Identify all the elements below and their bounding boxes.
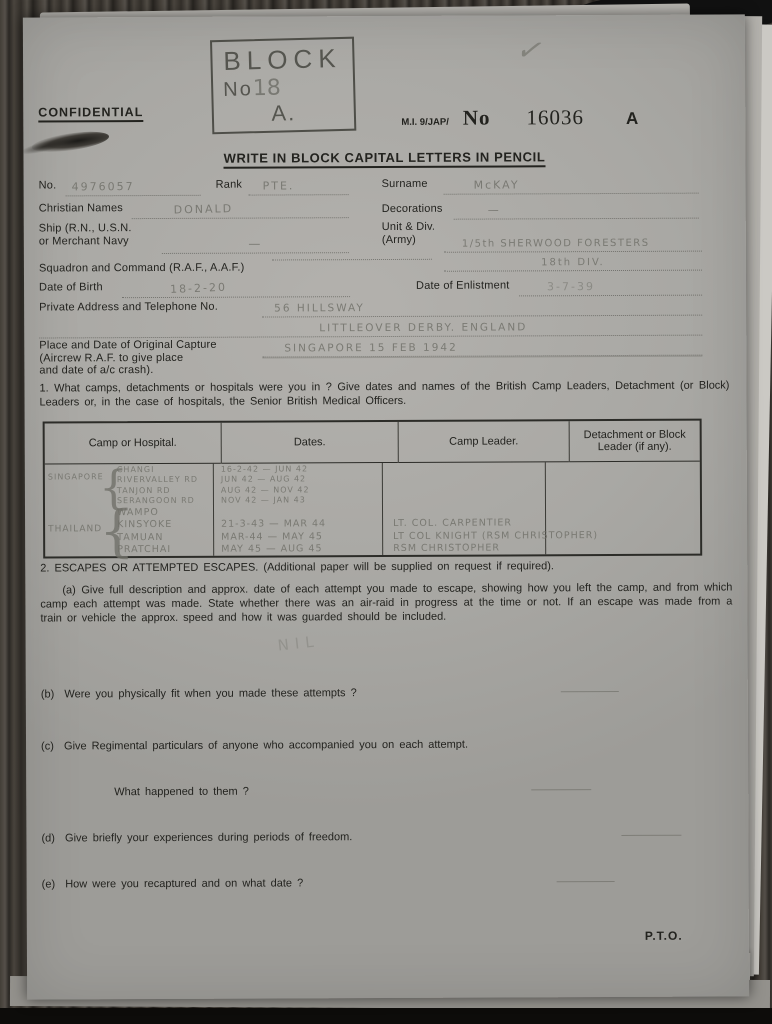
camp-table-body[interactable]: SINGAPORE{CHANGI16-2-42 — JUN 42RIVERVAL…: [45, 462, 700, 557]
camps-table: Camp or Hospital. Dates. Camp Leader. De…: [43, 419, 703, 559]
camp-leader-cell: LT COL KNIGHT (RSM CHRISTOPHER): [389, 529, 700, 541]
ship-field[interactable]: —: [162, 234, 349, 254]
block-number-stamp: BLOCK No18 A.: [210, 37, 356, 135]
dob-field[interactable]: 18-2-20: [122, 278, 350, 298]
camp-leader-cell: [389, 510, 700, 511]
camp-row: PRATCHAIMAY 45 — AUG 45RSM CHRISTOPHER: [45, 541, 700, 556]
surname-value: McKAY: [474, 178, 520, 191]
service-number-field[interactable]: 4976057: [66, 177, 201, 197]
christian-names-field[interactable]: DONALD: [132, 199, 349, 219]
christian-names-value: DONALD: [174, 202, 234, 216]
address-field-line2[interactable]: LITTLEOVER DERBY. ENGLAND: [39, 317, 702, 339]
pencil-check-mark: ✓: [512, 32, 549, 69]
camp-dates-cell: AUG 42 — NOV 42: [217, 485, 389, 495]
enlistment-field[interactable]: 3-7-39: [519, 277, 702, 297]
form-title: WRITE IN BLOCK CAPITAL LETTERS IN PENCIL: [23, 148, 745, 166]
camp-leader-cell: [389, 467, 700, 468]
address-value-line2: LITTLEOVER DERBY. ENGLAND: [319, 321, 527, 334]
rank-label: Rank: [216, 179, 243, 191]
question-2-heading: 2. ESCAPES OR ATTEMPTED ESCAPES. (Additi…: [40, 558, 730, 575]
region-label: SINGAPORE: [48, 472, 104, 481]
stamp-block-label: BLOCK: [222, 43, 343, 77]
question-2b: (b) Were you physically fit when you mad…: [41, 685, 661, 702]
camp-dates-cell: JUN 42 — AUG 42: [217, 474, 389, 484]
service-number-value: 4976057: [72, 180, 135, 193]
question-2a-text: (a) Give full description and approx. da…: [40, 580, 732, 625]
camp-name-cell: WAMPO: [45, 506, 217, 518]
address-label: Private Address and Telephone No.: [39, 301, 218, 314]
photo-bottom-band: [0, 1008, 772, 1024]
address-field[interactable]: 56 HILLSWAY: [262, 297, 702, 318]
decorations-label: Decorations: [382, 203, 443, 215]
col-header-camp: Camp or Hospital.: [45, 423, 222, 464]
question-1-text: 1. What camps, detachments or hospitals …: [39, 379, 729, 410]
camp-leader-cell: [389, 488, 700, 489]
question-2c: (c) Give Regimental particulars of anyon…: [41, 737, 681, 754]
camp-dates-cell: 21-3-43 — MAR 44: [217, 518, 389, 530]
rank-value: PTE.: [263, 179, 295, 192]
region-label: THAILAND: [48, 524, 102, 534]
pto-label: P.T.O.: [645, 929, 683, 943]
unit-div-value2: 18th DIV.: [541, 257, 605, 268]
unit-div-value: 1/5th SHERWOOD FORESTERS: [462, 238, 650, 250]
camp-leader-cell: [389, 477, 700, 478]
camp-group-thailand: THAILAND{WAMPOKINSYOKE21-3-43 — MAR 44LT…: [45, 504, 700, 557]
camp-dates-cell: MAY 45 — AUG 45: [217, 543, 389, 555]
unit-div-label: Unit & Div. (Army): [382, 221, 435, 247]
decorations-field[interactable]: —: [454, 200, 699, 220]
camp-group-singapore: SINGAPORE{CHANGI16-2-42 — JUN 42RIVERVAL…: [45, 462, 700, 507]
confidential-text: CONFIDENTIAL: [38, 105, 143, 122]
camp-dates-cell: [217, 511, 389, 512]
surname-field[interactable]: McKAY: [444, 175, 699, 195]
ship-label: Ship (R.N., U.S.N. or Merchant Navy: [39, 222, 132, 248]
ref-no-label: No: [463, 106, 491, 131]
squadron-label: Squadron and Command (R.A.F., A.A.F.): [39, 262, 245, 275]
ref-number: 16036: [526, 105, 584, 130]
nil-answer: NIL: [277, 632, 321, 654]
confidential-marking: CONFIDENTIAL: [38, 105, 143, 119]
col-header-dates: Dates.: [221, 422, 398, 463]
camp-leader-cell: LT. COL. CARPENTIER: [389, 517, 700, 529]
enlistment-label: Date of Enlistment: [416, 279, 510, 291]
answer-dash-what[interactable]: [531, 789, 591, 790]
stamp-no-value: 18: [252, 76, 281, 102]
question-2c-followup: What happened to them ?: [114, 785, 249, 800]
dob-label: Date of Birth: [39, 281, 103, 293]
capture-label: Place and Date of Original Capture (Airc…: [39, 339, 217, 377]
question-2e: (e) How were you recaptured and on what …: [42, 875, 682, 892]
camp-leader-cell: [389, 498, 700, 499]
stamp-a-label: A.: [224, 99, 345, 128]
camp-leader-cell: RSM CHRISTOPHER: [389, 542, 700, 554]
col-header-leader: Camp Leader.: [398, 421, 569, 462]
camp-dates-cell: 16-2-42 — JUN 42: [217, 464, 389, 474]
reference-number-line: M.I. 9/JAP/ No 16036 A: [401, 105, 638, 131]
dob-value: 18-2-20: [170, 281, 227, 296]
capture-value: SINGAPORE 15 FEB 1942: [284, 342, 457, 355]
col-header-detachment: Detachment or Block Leader (if any).: [569, 421, 700, 462]
decorations-value: —: [488, 203, 501, 216]
camp-dates-cell: NOV 42 — JAN 43: [217, 495, 389, 505]
enlistment-value: 3-7-39: [547, 280, 595, 293]
pow-questionnaire-page: BLOCK No18 A. ✓ CONFIDENTIAL M.I. 9/JAP/…: [23, 14, 749, 999]
unit-div-field-line2[interactable]: 18th DIV.: [444, 252, 702, 272]
ref-suffix: A: [626, 109, 638, 129]
camp-name-cell: TANJON RD: [45, 485, 217, 495]
stamp-no-label: No: [223, 78, 253, 101]
ref-prefix: M.I. 9/JAP/: [401, 117, 449, 128]
service-number-label: No.: [39, 179, 57, 191]
camp-name-cell: PRATCHAI: [45, 544, 217, 556]
capture-field[interactable]: SINGAPORE 15 FEB 1942: [262, 337, 702, 358]
squadron-field[interactable]: [272, 259, 432, 261]
unit-div-field[interactable]: 1/5th SHERWOOD FORESTERS: [444, 233, 702, 253]
surname-label: Surname: [382, 178, 428, 190]
question-2d: (d) Give briefly your experiences during…: [41, 829, 681, 846]
christian-names-label: Christian Names: [39, 202, 123, 214]
camp-dates-cell: MAR-44 — MAY 45: [217, 531, 389, 543]
ship-value: —: [248, 237, 262, 251]
address-value-line1: 56 HILLSWAY: [274, 302, 365, 314]
rank-field[interactable]: PTE.: [249, 176, 349, 195]
